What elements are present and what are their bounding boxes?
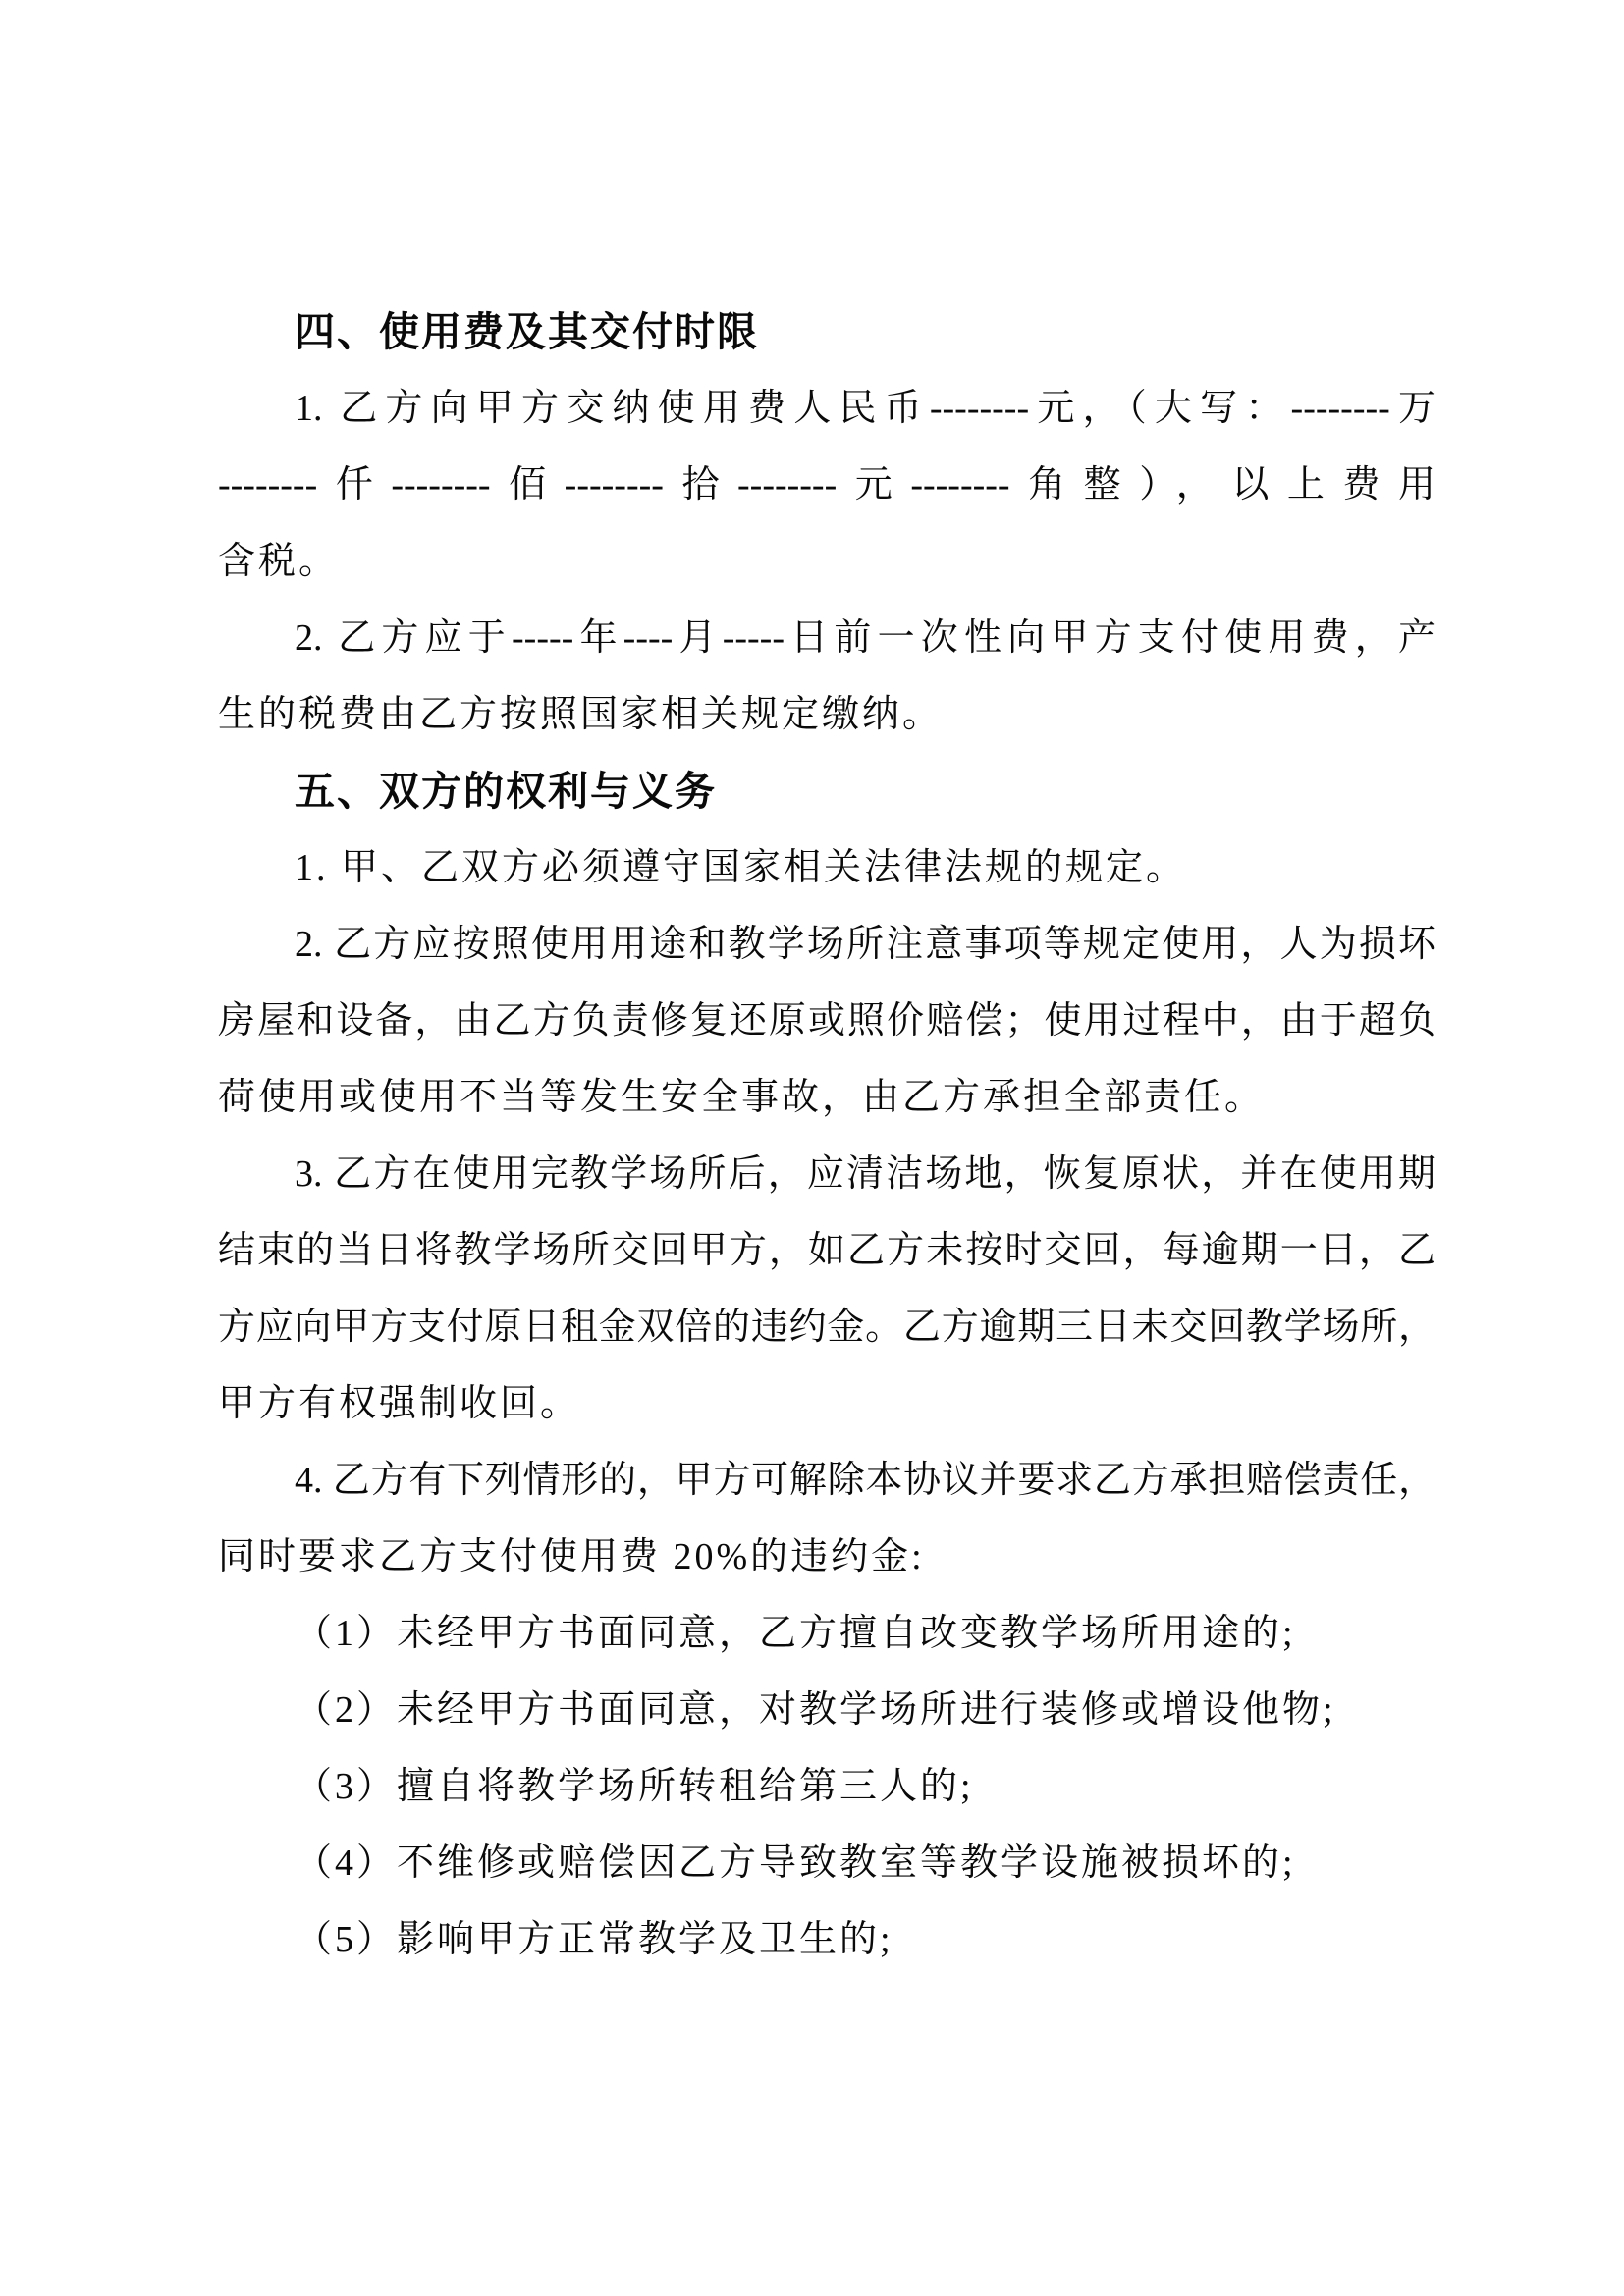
list-item-1: （1）未经甲方书面同意，乙方擅自改变教学场所用途的;	[218, 1595, 1435, 1672]
section5-clause2-line-3: 荷使用或使用不当等发生安全事故，由乙方承担全部责任。	[218, 1059, 1435, 1136]
section4-clause1-line-3: 含税。	[218, 523, 1435, 600]
section5-clause4-line-2: 同时要求乙方支付使用费 20%的违约金:	[218, 1519, 1435, 1595]
list-item-4: （4）不维修或赔偿因乙方导致教室等教学设施被损坏的;	[218, 1825, 1435, 1901]
section5-clause2-line-2: 房屋和设备，由乙方负责修复还原或照价赔偿；使用过程中，由于超负	[218, 983, 1435, 1059]
section5-clause3-line-2: 结束的当日将教学场所交回甲方，如乙方未按时交回，每逾期一日，乙	[218, 1212, 1435, 1289]
section5-clause3-line-3: 方应向甲方支付原日租金双倍的违约金。乙方逾期三日未交回教学场所，	[218, 1289, 1435, 1365]
section4-clause1-line-1: 1. 乙方向甲方交纳使用费人民币--------元，（大写：--------万	[218, 370, 1435, 447]
section-5-heading: 五、双方的权利与义务	[218, 753, 1435, 829]
section4-clause1-line-2: --------仟--------佰--------拾--------元----…	[218, 447, 1435, 523]
section5-clause3-line-1: 3. 乙方在使用完教学场所后，应清洁场地，恢复原状，并在使用期	[218, 1136, 1435, 1212]
section4-clause2-line-1: 2. 乙方应于-----年----月-----日前一次性向甲方支付使用费，产	[218, 600, 1435, 676]
section5-clause4-line-1: 4. 乙方有下列情形的，甲方可解除本协议并要求乙方承担赔偿责任，	[218, 1442, 1435, 1519]
contract-page: 四、使用费及其交付时限 1. 乙方向甲方交纳使用费人民币--------元，（大…	[0, 0, 1624, 2296]
list-item-5: （5）影响甲方正常教学及卫生的;	[218, 1901, 1435, 1978]
list-item-2: （2）未经甲方书面同意，对教学场所进行装修或增设他物;	[218, 1672, 1435, 1748]
section4-clause2-line-2: 生的税费由乙方按照国家相关规定缴纳。	[218, 676, 1435, 753]
section5-clause2-line-1: 2. 乙方应按照使用用途和教学场所注意事项等规定使用，人为损坏	[218, 906, 1435, 983]
section5-clause3-line-4: 甲方有权强制收回。	[218, 1365, 1435, 1442]
section5-clause1-line-1: 1. 甲、乙双方必须遵守国家相关法律法规的规定。	[218, 829, 1435, 906]
document-body: 四、使用费及其交付时限 1. 乙方向甲方交纳使用费人民币--------元，（大…	[218, 294, 1435, 1978]
section-4-heading: 四、使用费及其交付时限	[218, 294, 1435, 370]
list-item-3: （3）擅自将教学场所转租给第三人的;	[218, 1748, 1435, 1825]
